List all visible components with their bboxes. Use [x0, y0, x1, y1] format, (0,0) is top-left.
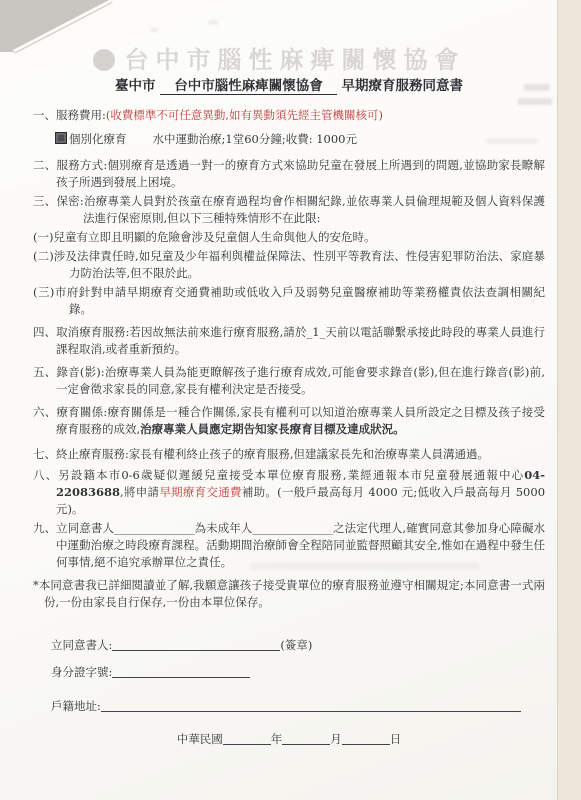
date-month-line	[282, 731, 330, 745]
date-day-label: 日	[390, 732, 402, 746]
section-9-consent-declaration: 九、立同意書人______________為未成年人______________…	[33, 520, 545, 571]
section-9-part1: 九、立同意書人	[33, 521, 114, 535]
scanner-background-strip	[557, 0, 581, 800]
title-suffix: 早期療育服務同意書	[341, 78, 463, 94]
fee-option-row: 個別化療育水中運動治療;1堂60分鐘;收費: 1000元	[33, 131, 545, 148]
section-8-part1: 八、另設籍本市0-6歲疑似遲緩兒童接受本單位療育服務,業經通報本市兒童發展通報中…	[33, 468, 524, 482]
id-number-row: 身分證字號:	[51, 664, 545, 681]
fee-option-detail: 水中運動治療;1堂60分鐘;收費: 1000元	[153, 132, 358, 146]
closing-note: *本同意書我已詳細閱讀並了解,我願意讓孩子接受貴單位的療育服務並遵守相關規定;本…	[33, 577, 545, 611]
address-line	[101, 698, 521, 712]
date-row: 中華民國年月日	[33, 731, 545, 748]
title-prefix: 臺中市	[115, 78, 156, 94]
section-3-confidentiality: 三、保密:治療專業人員對於孩童在療育過程均會作相關紀錄,並依專業人員倫理規範及個…	[33, 193, 545, 227]
id-number-label: 身分證字號:	[51, 665, 112, 679]
section-8-transport-subsidy: 八、另設籍本市0-6歲疑似遲緩兒童接受本單位療育服務,業經通報本市兒童發展通報中…	[33, 467, 545, 518]
section-1-service-fee: 一、服務費用:(收費標準不可任意異動,如有異動須先經主管機關核可)	[33, 107, 545, 124]
date-month-label: 月	[330, 732, 342, 746]
signature-label: 立同意書人:	[51, 638, 112, 652]
section-1-red-note: (收費標準不可任意異動,如有異動須先經主管機關核可)	[106, 108, 383, 122]
form-title: 臺中市 台中市腦性麻痺關懷協會 早期療育服務同意書	[33, 76, 545, 96]
section-9-blank-guardian: ______________	[114, 521, 195, 535]
title-organization: 台中市腦性麻痺關懷協會	[160, 78, 337, 95]
date-day-line	[342, 731, 390, 745]
signature-line	[112, 637, 280, 651]
id-number-line	[112, 664, 250, 678]
date-year-line	[223, 731, 271, 745]
section-9-part2: 為未成年人	[195, 521, 253, 535]
checkbox-filled-icon	[55, 132, 67, 144]
signature-suffix: (簽章)	[280, 638, 312, 652]
section-8-part2: ,將申請	[120, 485, 159, 499]
section-3-item-2: (二)涉及法律責任時,如兒童及少年福利與權益保障法、性別平等教育法、性侵害犯罪防…	[33, 248, 545, 282]
section-4-cancellation: 四、取消療育服務:若因故無法前來進行療育服務,請於_1_天前以電話聯繫承接此時段…	[33, 324, 545, 358]
form-body: 臺中市 台中市腦性麻痺關懷協會 早期療育服務同意書 一、服務費用:(收費標準不可…	[33, 0, 545, 748]
date-year-label: 年	[271, 732, 283, 746]
section-6-therapy-relationship: 六、療育關係:療育關係是一種合作關係,家長有權利可以知道治療專業人員所設定之目標…	[33, 404, 545, 438]
section-8-red: 早期療育交通費	[159, 485, 242, 499]
section-3-item-3: (三)市府針對申請早期療育交通費補助或低收入戶及弱勢兒童醫療補助等業務權責依法查…	[33, 284, 545, 318]
section-5-recording: 五、錄音(影):治療專業人員為能更瞭解孩子進行療育成效,可能會要求錄音(影),但…	[33, 364, 545, 398]
section-3-item-1: (一)兒童有立即且明顯的危險會涉及兒童個人生命與他人的安危時。	[33, 229, 545, 246]
section-9-blank-minor: ______________	[252, 521, 333, 535]
section-6-bold: 治療專業人員應定期告知家長療育目標及達成狀況。	[140, 422, 405, 436]
fee-option-label: 個別化療育	[69, 132, 127, 146]
section-7-termination: 七、終止療育服務:家長有權利終止孩子的療育服務,但建議家長先和治療專業人員溝通過…	[33, 446, 545, 463]
section-1-label: 一、服務費用:	[33, 108, 106, 122]
address-label: 戶籍地址:	[51, 699, 101, 713]
section-2-service-method: 二、服務方式:個別療育是透過一對一的療育方式來協助兒童在發展上所遇到的問題,並協…	[33, 157, 545, 191]
address-row: 戶籍地址:	[51, 698, 545, 715]
date-era-label: 中華民國	[177, 732, 223, 746]
signature-row: 立同意書人:(簽章)	[51, 637, 545, 654]
scanned-consent-form: { "colors": { "accent_red": "#c03a3a", "…	[0, 0, 581, 800]
